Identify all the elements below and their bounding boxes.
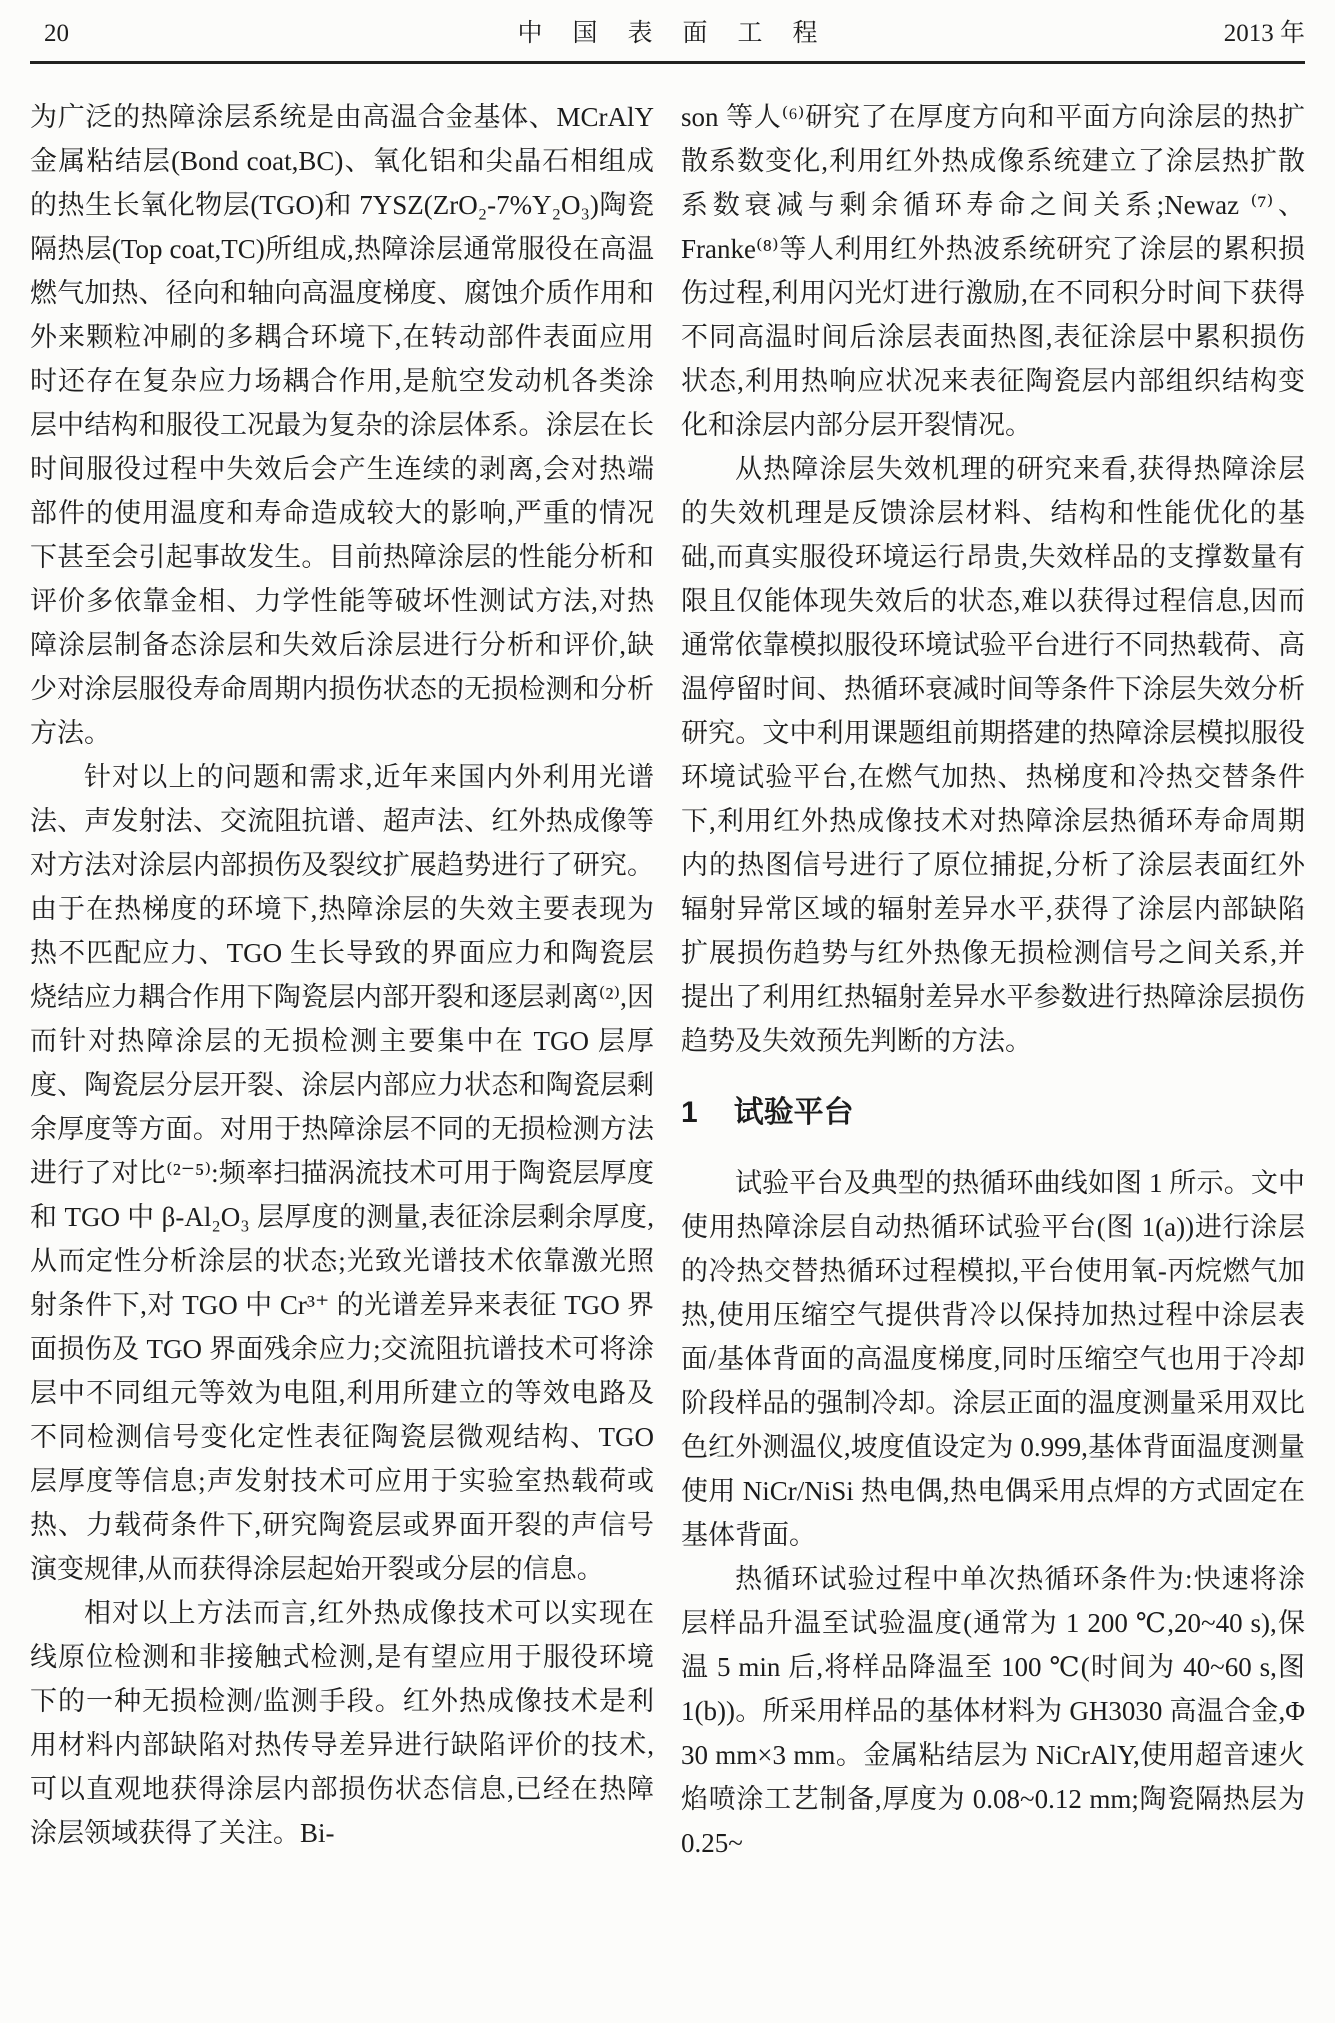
section-heading: 1试验平台 [681, 1093, 1305, 1133]
paragraph-continuation: son 等人⁽⁶⁾研究了在厚度方向和平面方向涂层的热扩散系数变化,利用红外热成像… [681, 95, 1305, 447]
left-column: 为广泛的热障涂层系统是由高温合金基体、MCrAlY 金属粘结层(Bond coa… [30, 95, 654, 1865]
paragraph: 相对以上方法而言,红外热成像技术可以实现在线原位检测和非接触式检测,是有望应用于… [30, 1591, 654, 1855]
page-header: 20 中国表面工程 2013 年 [30, 16, 1305, 52]
paragraph: 从热障涂层失效机理的研究来看,获得热障涂层的失效机理是反馈涂层材料、结构和性能优… [681, 447, 1305, 1063]
journal-title: 中国表面工程 [517, 16, 847, 52]
paragraph: 针对以上的问题和需求,近年来国内外利用光谱法、声发射法、交流阻抗谱、超声法、红外… [30, 755, 654, 1591]
paragraph-continuation: 为广泛的热障涂层系统是由高温合金基体、MCrAlY 金属粘结层(Bond coa… [30, 95, 654, 755]
right-column: son 等人⁽⁶⁾研究了在厚度方向和平面方向涂层的热扩散系数变化,利用红外热成像… [681, 95, 1305, 1865]
section-number: 1 [681, 1093, 698, 1133]
header-rule [30, 61, 1305, 64]
article-body: 为广泛的热障涂层系统是由高温合金基体、MCrAlY 金属粘结层(Bond coa… [30, 95, 1305, 1865]
journal-page: 20 中国表面工程 2013 年 为广泛的热障涂层系统是由高温合金基体、MCrA… [0, 0, 1335, 2023]
paragraph: 热循环试验过程中单次热循环条件为:快速将涂层样品升温至试验温度(通常为 1 20… [681, 1557, 1305, 1865]
publication-year: 2013 年 [1224, 16, 1305, 52]
section-title: 试验平台 [734, 1096, 854, 1129]
page-number: 20 [44, 16, 69, 52]
paragraph: 试验平台及典型的热循环曲线如图 1 所示。文中使用热障涂层自动热循环试验平台(图… [681, 1161, 1305, 1557]
